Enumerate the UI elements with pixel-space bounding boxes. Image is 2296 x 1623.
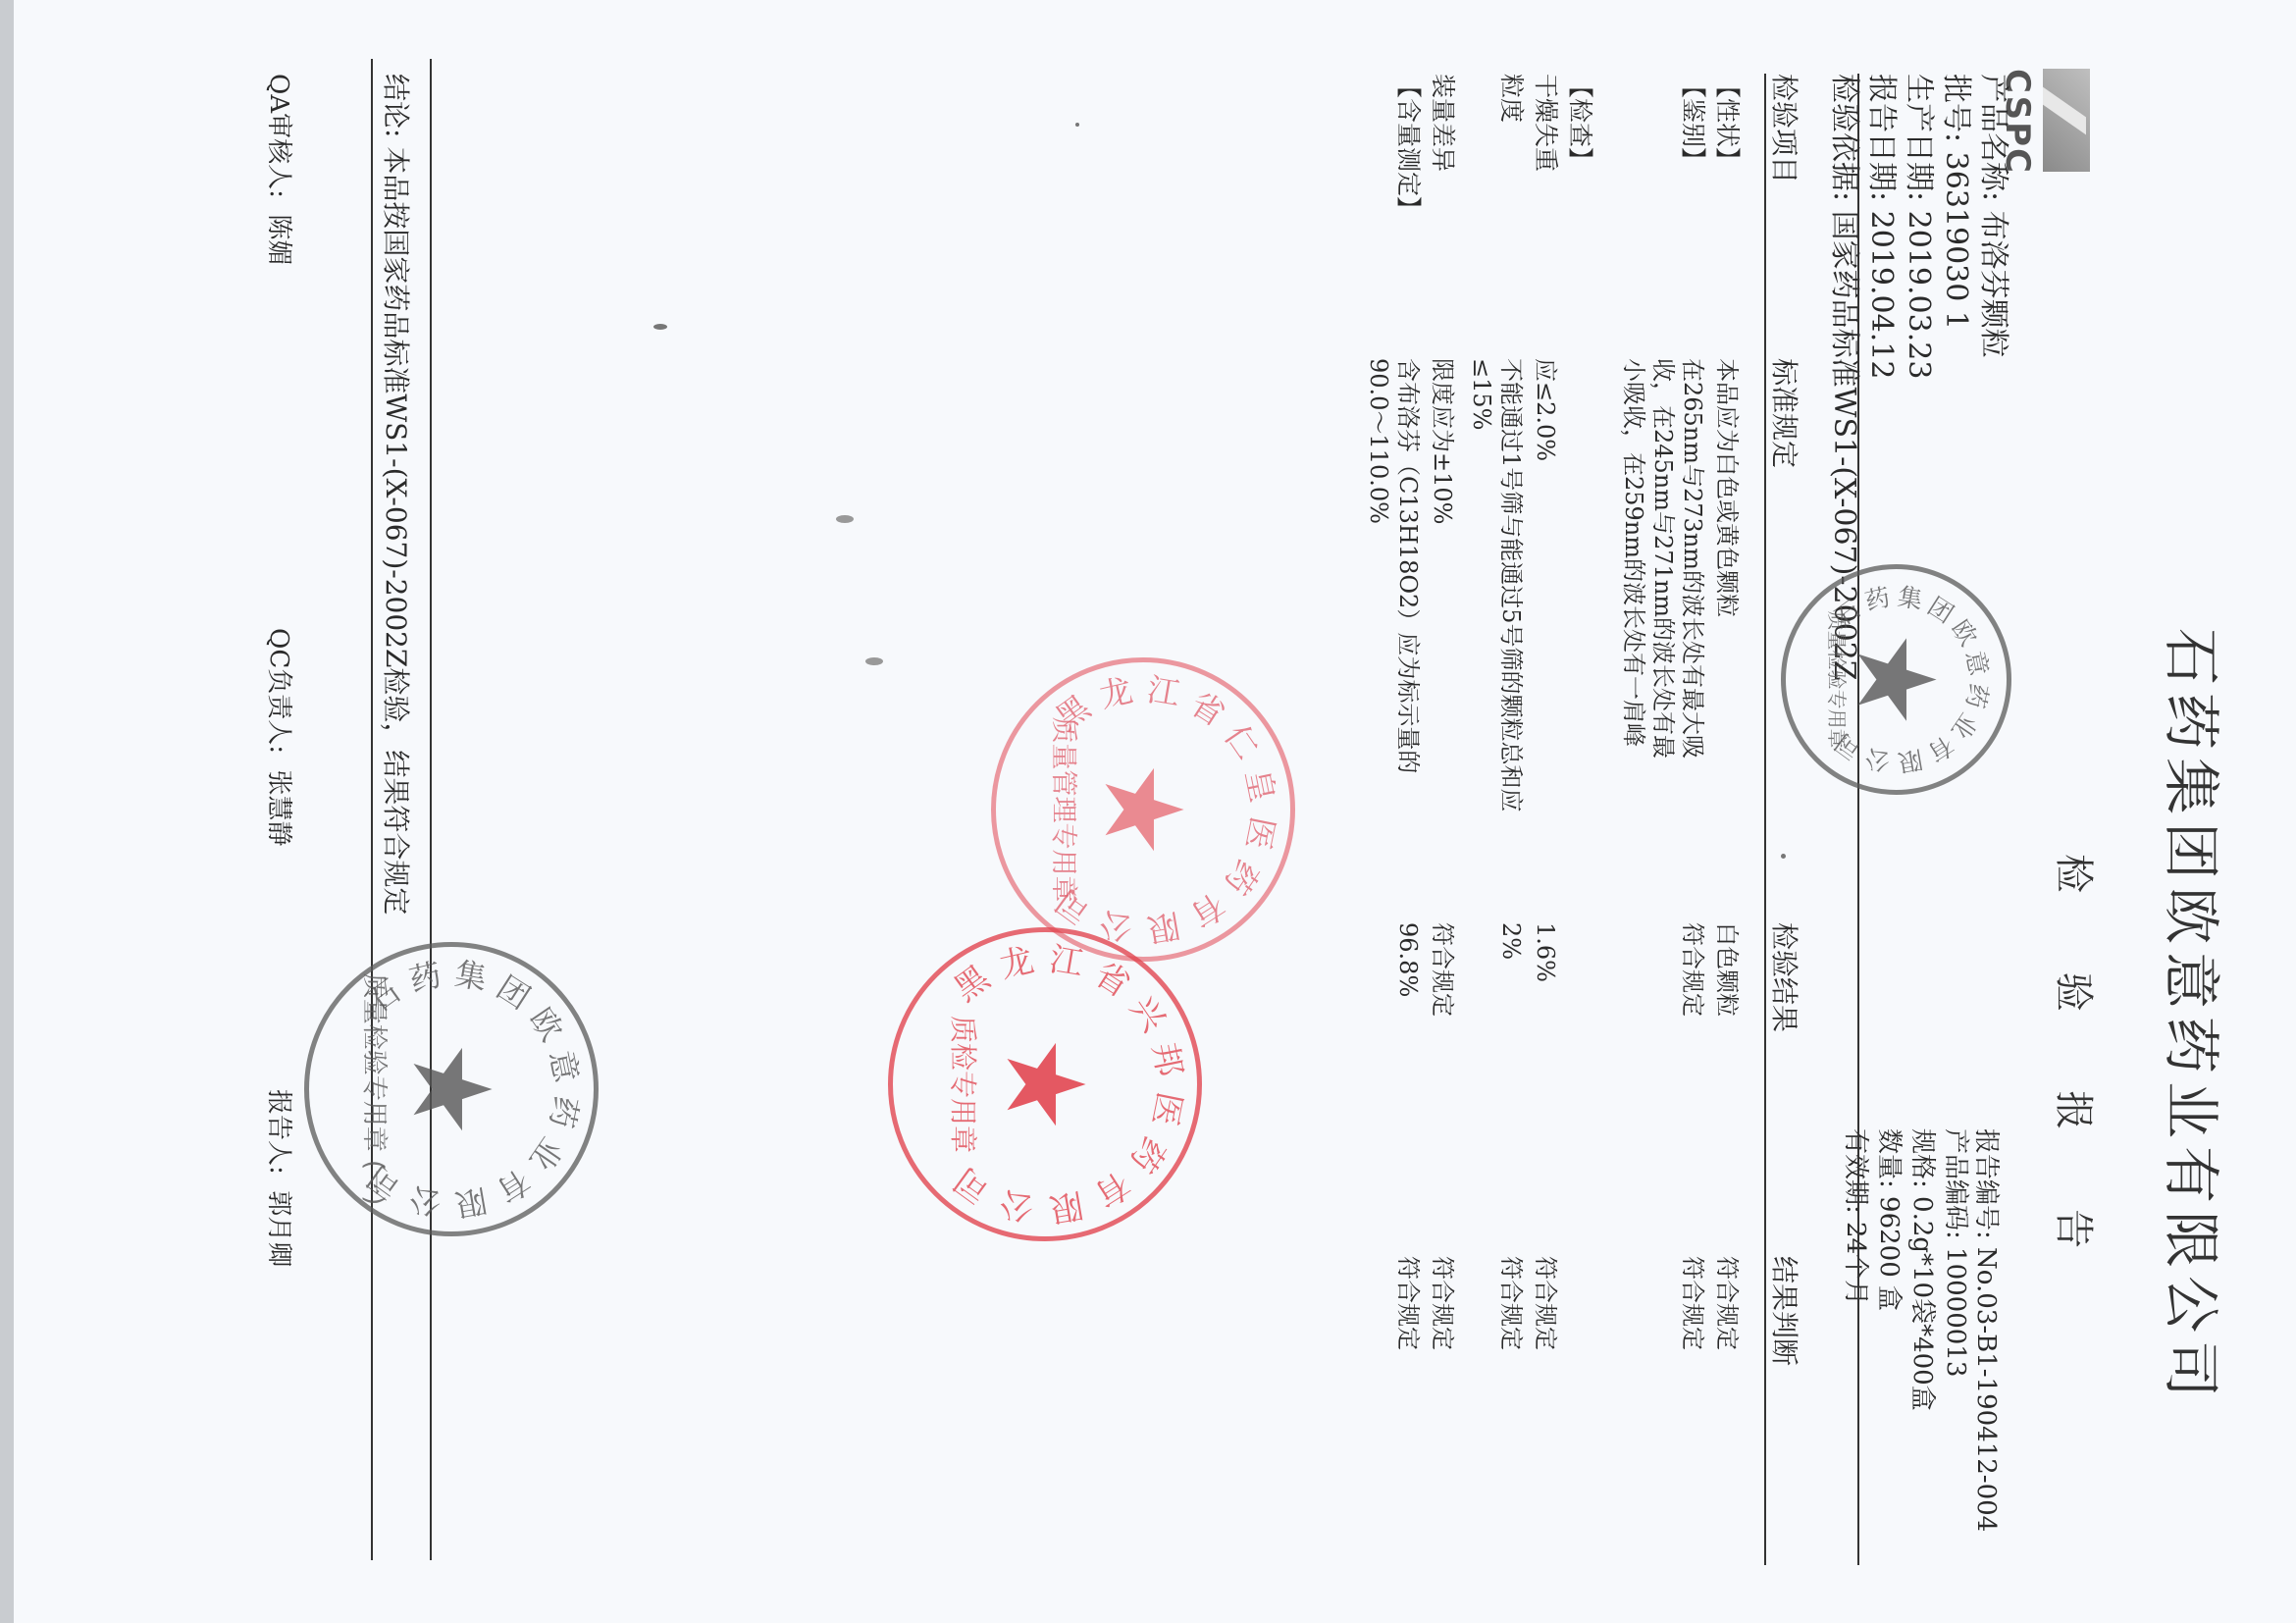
renhuang-pharma-stamp: 黑龙江省仁皇医药有限公司质量管理专用章 ★ bbox=[991, 657, 1295, 962]
table-header-divider bbox=[1764, 74, 1766, 1565]
stamp-ring-text: 黑龙江省兴邦医药有限公司质检专用章 bbox=[893, 932, 1197, 1236]
table-cell-judgement: 符合规定 bbox=[1496, 1256, 1526, 1350]
header-divider bbox=[1857, 74, 1859, 1565]
qc-manager: QC负责人: 张慧静 bbox=[263, 628, 299, 847]
logo-mark-icon bbox=[2043, 69, 2090, 172]
conclusion-top-rule bbox=[430, 59, 432, 1560]
qa-reviewer: QA审核人: 陈媚 bbox=[263, 74, 299, 265]
table-cell-standard: 限度应为±10% bbox=[1428, 358, 1457, 524]
table-cell-judgement: 符合规定 bbox=[1678, 1256, 1707, 1350]
svg-text:意: 意 bbox=[543, 1047, 586, 1085]
conclusion-bottom-rule bbox=[371, 59, 373, 1560]
table-cell-item: 【含量测定】 bbox=[1393, 74, 1423, 221]
svg-text:龙: 龙 bbox=[1096, 670, 1136, 714]
svg-text:皇: 皇 bbox=[1238, 766, 1282, 806]
svg-text:药: 药 bbox=[406, 956, 445, 999]
table-cell-judgement: 符合规定 bbox=[1428, 1256, 1457, 1350]
svg-text:公: 公 bbox=[996, 1182, 1037, 1229]
svg-text:江: 江 bbox=[1046, 940, 1085, 984]
svg-text:公: 公 bbox=[1862, 743, 1893, 776]
table-cell-standard: 应≤2.0% bbox=[1531, 358, 1560, 461]
svg-text:江: 江 bbox=[1144, 670, 1182, 713]
stamp-ring-text: 黑龙江省仁皇医药有限公司质量管理专用章 bbox=[996, 662, 1290, 957]
svg-text:集: 集 bbox=[452, 955, 490, 997]
svg-text:公: 公 bbox=[406, 1179, 445, 1223]
svg-text:医: 医 bbox=[1238, 813, 1282, 853]
svg-text:质量检验专用章 (一): 质量检验专用章 (一) bbox=[359, 973, 389, 1206]
conclusion-text: 结论: 本品按国家药品标准WS1-(X-067)-2002Z检验，结果符合规定 bbox=[378, 74, 417, 915]
svg-text:兴: 兴 bbox=[1122, 989, 1174, 1039]
svg-text:黑: 黑 bbox=[947, 958, 998, 1010]
table-cell-judgement: 符合规定 bbox=[1531, 1256, 1560, 1350]
table-cell-standard: 含布洛芬（C13H18O2）应为标示量的90.0～110.0% bbox=[1364, 358, 1423, 773]
svg-text:业: 业 bbox=[1946, 707, 1983, 744]
table-cell-result: 1.6% bbox=[1531, 922, 1560, 982]
svg-text:集: 集 bbox=[1896, 582, 1925, 614]
table-cell-judgement: 符合规定 bbox=[1712, 1256, 1742, 1350]
stamp-ring-text: 石药集团欧意药业有限公司质量检验专用章 (一) bbox=[309, 947, 594, 1231]
svg-text:药: 药 bbox=[543, 1093, 586, 1131]
svg-text:医: 医 bbox=[1144, 1088, 1189, 1128]
table-cell-standard: 在265nm与273nm的波长处有最大吸收，在245nm与271nm的波长处有最… bbox=[1619, 358, 1707, 759]
xingbang-pharma-stamp: 黑龙江省兴邦医药有限公司质检专用章 ★ bbox=[888, 927, 1202, 1241]
company-title: 石药集团欧意药业有限公司 bbox=[2155, 628, 2237, 1405]
svg-text:药: 药 bbox=[1122, 1129, 1173, 1179]
svg-text:欧: 欧 bbox=[522, 1001, 570, 1048]
table-cell-result: 符合规定 bbox=[1678, 922, 1707, 1017]
svg-text:省: 省 bbox=[1184, 684, 1232, 734]
svg-text:药: 药 bbox=[1217, 853, 1267, 901]
svg-text:业: 业 bbox=[522, 1130, 570, 1178]
header-field-right-3: 有效期: 24个月 bbox=[1839, 1128, 1872, 1411]
report-number: 报告编号: No.03-B1-190412-004 bbox=[1970, 1128, 2007, 1532]
table-cell-result: 白色颗粒 bbox=[1712, 922, 1742, 1017]
report-title: 检 验 报 告 bbox=[2049, 854, 2105, 1282]
svg-text:有: 有 bbox=[491, 1162, 537, 1210]
header-field-right-1: 规格: 0.2g*10袋*400盒 bbox=[1905, 1128, 1939, 1411]
svg-text:药: 药 bbox=[1862, 583, 1893, 616]
column-header-item: 检验项目 bbox=[1766, 74, 1805, 183]
company-qc-stamp-1: 石药集团欧意药业有限公司质量检验专用章 (一) ★ bbox=[304, 942, 599, 1236]
svg-text:龙: 龙 bbox=[996, 940, 1037, 986]
svg-text:仁: 仁 bbox=[1217, 718, 1267, 766]
svg-text:限: 限 bbox=[452, 1181, 490, 1224]
header-field-right-2: 数量: 96200 盒 bbox=[1872, 1128, 1905, 1411]
table-cell-item: 【鉴别】 bbox=[1678, 74, 1707, 172]
company-qc-stamp: 石药集团欧意药业有限公司质量检验专用章 ★ bbox=[1781, 564, 2011, 795]
reporter: 报告人: 郭月卿 bbox=[263, 1089, 299, 1267]
table-cell-item: 装量差异 bbox=[1428, 74, 1457, 172]
stamp-ring-text: 石药集团欧意药业有限公司质量检验专用章 bbox=[1786, 569, 2007, 790]
table-cell-item: 【检查】 bbox=[1565, 74, 1594, 172]
table-cell-item: 粒度 bbox=[1496, 74, 1526, 123]
column-header-standard: 标准规定 bbox=[1766, 358, 1805, 468]
svg-text:欧: 欧 bbox=[1946, 615, 1983, 652]
svg-text:意: 意 bbox=[1960, 649, 1993, 678]
table-cell-judgement: 符合规定 bbox=[1393, 1256, 1423, 1350]
column-header-result: 检验结果 bbox=[1766, 922, 1805, 1032]
svg-text:质量管理专用章: 质量管理专用章 bbox=[1048, 717, 1078, 903]
inspection-report-page: 石药集团欧意药业有限公司 检 验 报 告 CSPC 报告编号: No.03-B1… bbox=[0, 0, 2296, 1623]
svg-text:限: 限 bbox=[1896, 745, 1925, 777]
svg-text:团: 团 bbox=[491, 969, 537, 1017]
svg-text:有: 有 bbox=[1087, 1163, 1136, 1214]
svg-text:质量检验专用章: 质量检验专用章 bbox=[1825, 611, 1849, 749]
table-cell-item: 干燥失重 bbox=[1531, 74, 1560, 172]
table-cell-standard: 本品应为白色或黄色颗粒 bbox=[1712, 358, 1742, 617]
table-cell-result: 2% bbox=[1496, 922, 1526, 960]
svg-text:有: 有 bbox=[1184, 885, 1232, 935]
svg-text:限: 限 bbox=[1046, 1184, 1085, 1229]
table-cell-item: 【性状】 bbox=[1712, 74, 1742, 172]
table-cell-standard: 不能通过1号筛与能通过5号筛的颗粒总和应≤15% bbox=[1467, 358, 1526, 812]
svg-text:药: 药 bbox=[1960, 681, 1993, 710]
table-cell-result: 符合规定 bbox=[1428, 922, 1457, 1017]
scan-edge bbox=[0, 0, 14, 1623]
svg-text:邦: 邦 bbox=[1144, 1039, 1189, 1079]
column-header-judgement: 结果判断 bbox=[1766, 1256, 1805, 1366]
svg-text:司: 司 bbox=[947, 1159, 997, 1210]
svg-text:团: 团 bbox=[1923, 592, 1959, 629]
svg-text:有: 有 bbox=[1923, 730, 1959, 767]
table-cell-result: 96.8% bbox=[1393, 922, 1423, 997]
svg-text:质检专用章: 质检专用章 bbox=[947, 1016, 979, 1153]
svg-text:省: 省 bbox=[1087, 955, 1136, 1006]
header-field-right-0: 产品编码: 10000013 bbox=[1939, 1128, 1972, 1411]
